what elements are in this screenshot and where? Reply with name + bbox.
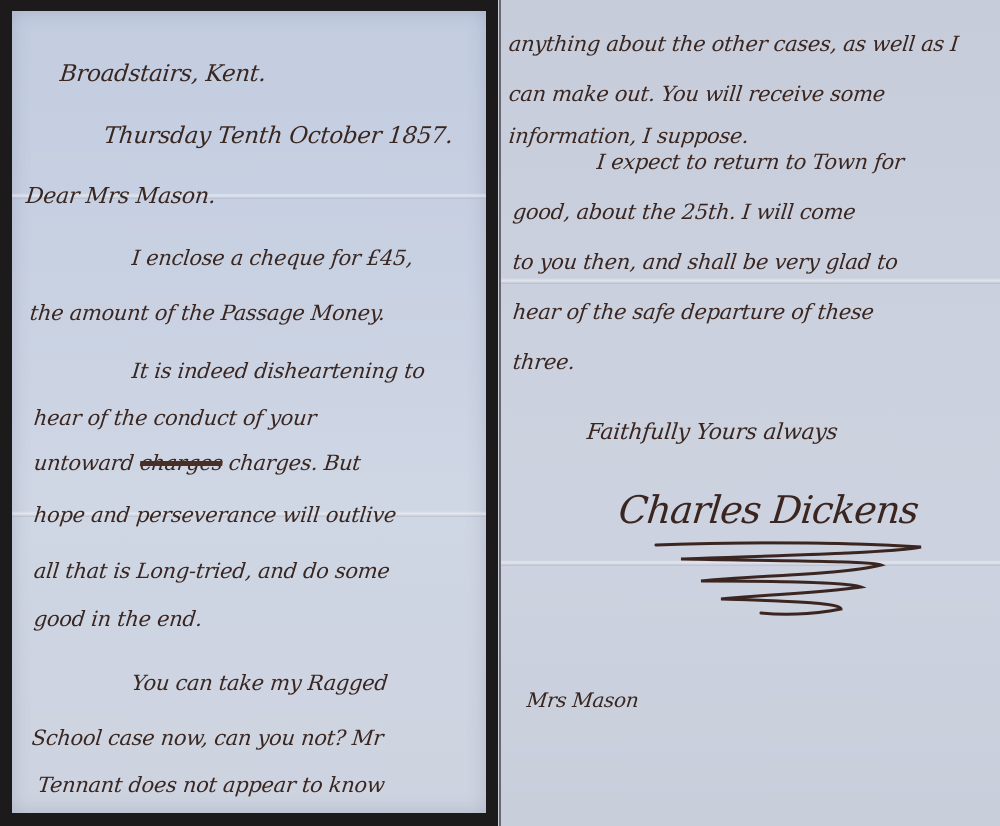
signature-flourish [641, 535, 941, 625]
address-place: Broadstairs, Kent. [59, 61, 268, 87]
body-line: all that is Long-tried, and do some [33, 559, 391, 583]
closing: Faithfully Yours always [586, 420, 839, 445]
right-page: anything about the other cases, as well … [499, 0, 1000, 826]
body-line: I enclose a cheque for £45, [131, 246, 414, 270]
body-line: hope and perseverance will outlive [33, 503, 398, 527]
body-word: untoward [33, 451, 135, 475]
body-word: You can take my [131, 671, 303, 695]
body-word: charges. But [228, 451, 362, 475]
body-line: anything about the other cases, as well … [508, 32, 960, 56]
body-line: hear of the conduct of your [33, 406, 318, 430]
left-page: Broadstairs, Kent. Thursday Tenth Octobe… [12, 11, 486, 813]
body-line: good in the end. [33, 607, 204, 631]
body-line: good, about the 25th. I will come [512, 200, 857, 224]
body-line: I expect to return to Town for [596, 150, 905, 174]
body-line: Tennant does not appear to know [37, 773, 386, 797]
date-line: Thursday Tenth October 1857. [103, 123, 454, 149]
body-line: It is indeed disheartening to [131, 359, 426, 383]
body-line: can make out. You will receive some [508, 82, 887, 106]
body-line: the amount of the Passage Money. [29, 301, 387, 325]
letter-scan: Broadstairs, Kent. Thursday Tenth Octobe… [0, 0, 1000, 826]
body-line: You can take my Ragged [131, 671, 389, 695]
body-line: to you then, and shall be very glad to [512, 250, 899, 274]
fold-crease [501, 278, 1000, 284]
body-line: School case now, can you not? Mr [31, 726, 385, 750]
struck-word: charges [139, 451, 224, 475]
body-line: three. [512, 350, 576, 374]
body-word: Ragged [307, 671, 389, 695]
signature: Charles Dickens [617, 488, 921, 532]
salutation: Dear Mrs Mason. [25, 184, 217, 209]
addressee: Mrs Mason [526, 688, 640, 712]
body-line: information, I suppose. [508, 124, 750, 148]
body-line: untoward charges charges. But [33, 451, 362, 475]
body-line: hear of the safe departure of these [512, 300, 875, 324]
